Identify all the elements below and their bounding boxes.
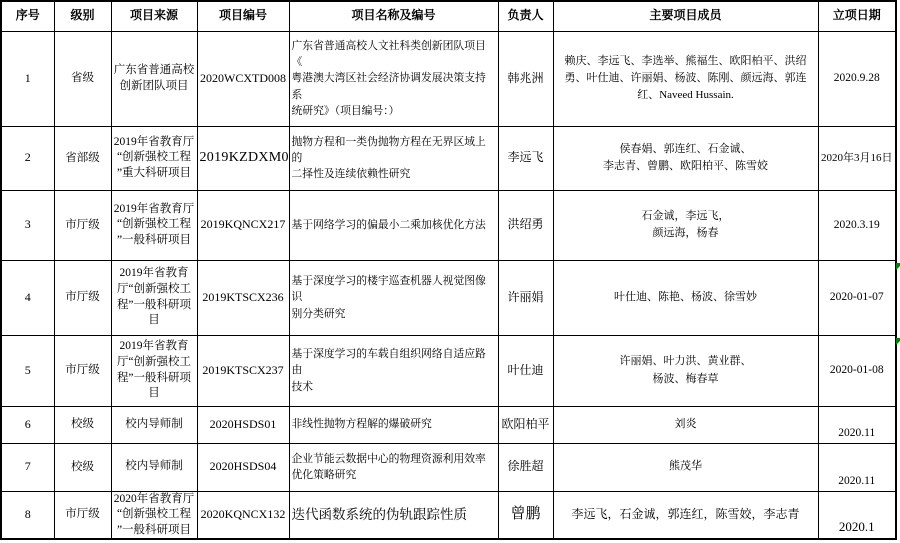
cell-level[interactable]: 市厅级 — [54, 335, 111, 406]
cell-code[interactable]: 2019KTSCX237 — [197, 335, 289, 406]
cell-source[interactable]: 2019年省教育厅 “创新强校工程 ”一般科研项目 — [111, 190, 197, 260]
cell-leader[interactable]: 欧阳柏平 — [498, 406, 553, 443]
table-row-6: 6 校级 校内导师制 2020HSDS01 非线性抛物方程解的爆破研究 欧阳柏平… — [1, 406, 896, 443]
table-row-5: 5 市厅级 2019年省教育 厅“创新强校工 程”一般科研项 目 2019KTS… — [1, 335, 896, 406]
cell-code[interactable]: 2019KQNCX217 — [197, 190, 289, 260]
cell-members[interactable]: 许丽娟、叶力洪、黄业群、 杨波、梅春草 — [553, 335, 818, 406]
cell-project-name[interactable]: 非线性抛物方程解的爆破研究 — [289, 406, 498, 443]
cell-members[interactable]: 熊茂华 — [553, 443, 818, 491]
cell-date[interactable]: 2020.1 — [818, 491, 896, 539]
cell-seq[interactable]: 2 — [1, 126, 54, 190]
cell-level[interactable]: 校级 — [54, 443, 111, 491]
cell-seq[interactable]: 4 — [1, 260, 54, 335]
cell-project-name[interactable]: 基于深度学习的楼宇巡查机器人视觉图像识 别分类研究 — [289, 260, 498, 335]
cell-project-name[interactable]: 基于网络学习的偏最小二乘加核优化方法 — [289, 190, 498, 260]
spreadsheet-region: 序号 级别 项目来源 项目编号 项目名称及编号 负责人 主要项目成员 立项日期 … — [0, 0, 900, 543]
cell-leader[interactable]: 叶仕迪 — [498, 335, 553, 406]
cell-comment-indicator-icon — [896, 263, 900, 270]
column-header-date[interactable]: 立项日期 — [818, 1, 896, 31]
cell-source[interactable]: 2019年省教育 厅“创新强校工 程”一般科研项 目 — [111, 260, 197, 335]
cell-seq[interactable]: 7 — [1, 443, 54, 491]
cell-leader[interactable]: 洪绍勇 — [498, 190, 553, 260]
cell-project-name[interactable]: 迭代函数系统的伪轨跟踪性质 — [289, 491, 498, 539]
cell-code[interactable]: 2020KQNCX132 — [197, 491, 289, 539]
cell-project-name[interactable]: 广东省普通高校人文社科类创新团队项目《 粤港澳大湾区社会经济协调发展决策支持系 … — [289, 31, 498, 126]
cell-members[interactable]: 赖庆、李远飞、李选举、熊福生、欧阳柏平、洪绍 勇、叶仕迪、许丽娟、杨波、陈刚、颜… — [553, 31, 818, 126]
column-header-leader[interactable]: 负责人 — [498, 1, 553, 31]
cell-source[interactable]: 2019年省教育厅 “创新强校工程 ”重大科研项目 — [111, 126, 197, 190]
cell-level[interactable]: 市厅级 — [54, 491, 111, 539]
cell-date[interactable]: 2020年3月16日 — [818, 126, 896, 190]
cell-level[interactable]: 市厅级 — [54, 190, 111, 260]
cell-project-name[interactable]: 企业节能云数据中心的物理资源利用效率 优化策略研究 — [289, 443, 498, 491]
cell-level[interactable]: 市厅级 — [54, 260, 111, 335]
table-row-3: 3 市厅级 2019年省教育厅 “创新强校工程 ”一般科研项目 2019KQNC… — [1, 190, 896, 260]
cell-code[interactable]: 2019KTSCX236 — [197, 260, 289, 335]
cell-level[interactable]: 校级 — [54, 406, 111, 443]
cell-date[interactable]: 2020-01-08 — [818, 335, 896, 406]
cell-members[interactable]: 石金诚，李远飞， 颜远海，杨春 — [553, 190, 818, 260]
column-header-project-name[interactable]: 项目名称及编号 — [289, 1, 498, 31]
cell-members[interactable]: 侯春娟、郭连红、石金诚、 李志青、曾鹏、欧阳柏平、陈雪姣 — [553, 126, 818, 190]
cell-leader[interactable]: 许丽娟 — [498, 260, 553, 335]
cell-code[interactable]: 2020HSDS04 — [197, 443, 289, 491]
column-header-members[interactable]: 主要项目成员 — [553, 1, 818, 31]
cell-leader[interactable]: 徐胜超 — [498, 443, 553, 491]
table-row-7: 7 校级 校内导师制 2020HSDS04 企业节能云数据中心的物理资源利用效率… — [1, 443, 896, 491]
cell-date[interactable]: 2020.3.19 — [818, 190, 896, 260]
cell-seq[interactable]: 1 — [1, 31, 54, 126]
cell-seq[interactable]: 8 — [1, 491, 54, 539]
cell-date[interactable]: 2020.11 — [818, 406, 896, 443]
header-row: 序号 级别 项目来源 项目编号 项目名称及编号 负责人 主要项目成员 立项日期 — [1, 1, 896, 31]
cell-seq[interactable]: 6 — [1, 406, 54, 443]
cell-source[interactable]: 广东省普通高校 创新团队项目 — [111, 31, 197, 126]
cell-members[interactable]: 刘炎 — [553, 406, 818, 443]
cell-date[interactable]: 2020-01-07 — [818, 260, 896, 335]
cell-project-name[interactable]: 抛物方程和一类伪抛物方程在无界区域上的 二择性及连续依赖性研究 — [289, 126, 498, 190]
column-header-seq[interactable]: 序号 — [1, 1, 54, 31]
column-header-source[interactable]: 项目来源 — [111, 1, 197, 31]
cell-date[interactable]: 2020.9.28 — [818, 31, 896, 126]
column-header-level[interactable]: 级别 — [54, 1, 111, 31]
table-row-1: 1 省级 广东省普通高校 创新团队项目 2020WCXTD008 广东省普通高校… — [1, 31, 896, 126]
cell-date[interactable]: 2020.11 — [818, 443, 896, 491]
table-row-4: 4 市厅级 2019年省教育 厅“创新强校工 程”一般科研项 目 2019KTS… — [1, 260, 896, 335]
project-table: 序号 级别 项目来源 项目编号 项目名称及编号 负责人 主要项目成员 立项日期 … — [0, 0, 897, 540]
cell-source[interactable]: 校内导师制 — [111, 443, 197, 491]
cell-code[interactable]: 2019KZDXM042 — [197, 126, 289, 190]
cell-members[interactable]: 李远飞，石金诚，郭连红，陈雪姣，李志青 — [553, 491, 818, 539]
cell-members[interactable]: 叶仕迪、陈艳、杨波、徐雪妙 — [553, 260, 818, 335]
cell-comment-indicator-icon — [896, 338, 900, 345]
cell-source[interactable]: 校内导师制 — [111, 406, 197, 443]
cell-level[interactable]: 省部级 — [54, 126, 111, 190]
cell-seq[interactable]: 5 — [1, 335, 54, 406]
cell-project-name[interactable]: 基于深度学习的车载自组织网络自适应路由 技术 — [289, 335, 498, 406]
cell-source[interactable]: 2019年省教育 厅“创新强校工 程”一般科研项 目 — [111, 335, 197, 406]
column-header-code[interactable]: 项目编号 — [197, 1, 289, 31]
table-row-8: 8 市厅级 2020年省教育厅 “创新强校工程 ”一般科研项目 2020KQNC… — [1, 491, 896, 539]
table-row-2: 2 省部级 2019年省教育厅 “创新强校工程 ”重大科研项目 2019KZDX… — [1, 126, 896, 190]
cell-level[interactable]: 省级 — [54, 31, 111, 126]
cell-leader[interactable]: 曾鹏 — [498, 491, 553, 539]
cell-code[interactable]: 2020HSDS01 — [197, 406, 289, 443]
cell-leader[interactable]: 李远飞 — [498, 126, 553, 190]
cell-leader[interactable]: 韩兆洲 — [498, 31, 553, 126]
cell-code[interactable]: 2020WCXTD008 — [197, 31, 289, 126]
cell-seq[interactable]: 3 — [1, 190, 54, 260]
cell-source[interactable]: 2020年省教育厅 “创新强校工程 ”一般科研项目 — [111, 491, 197, 539]
